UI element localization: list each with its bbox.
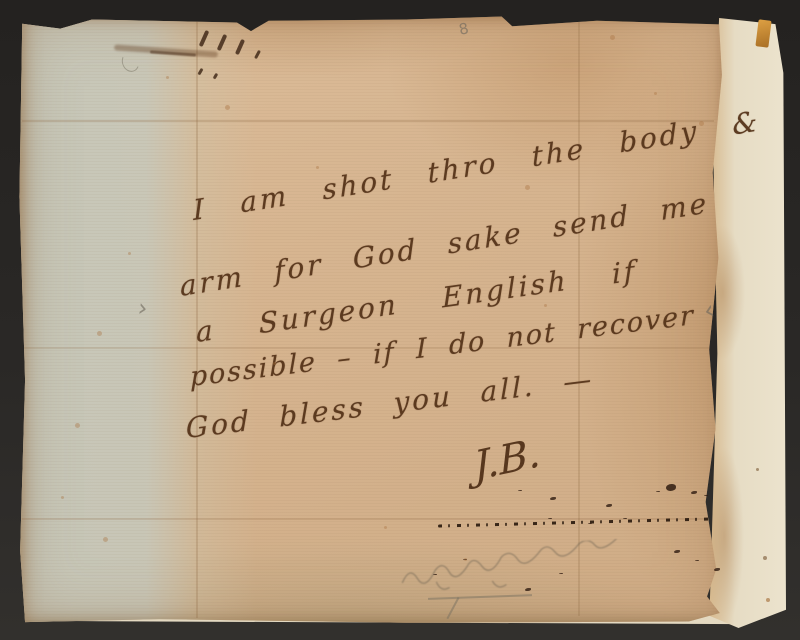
fold-line-horizontal-top [22,120,714,122]
backing-speck [763,556,767,560]
backing-speck [766,598,770,602]
manuscript-photo: I am shot thro the body & arm for God sa… [0,0,800,640]
stain-freckles [225,105,230,110]
backing-speck [756,468,759,471]
